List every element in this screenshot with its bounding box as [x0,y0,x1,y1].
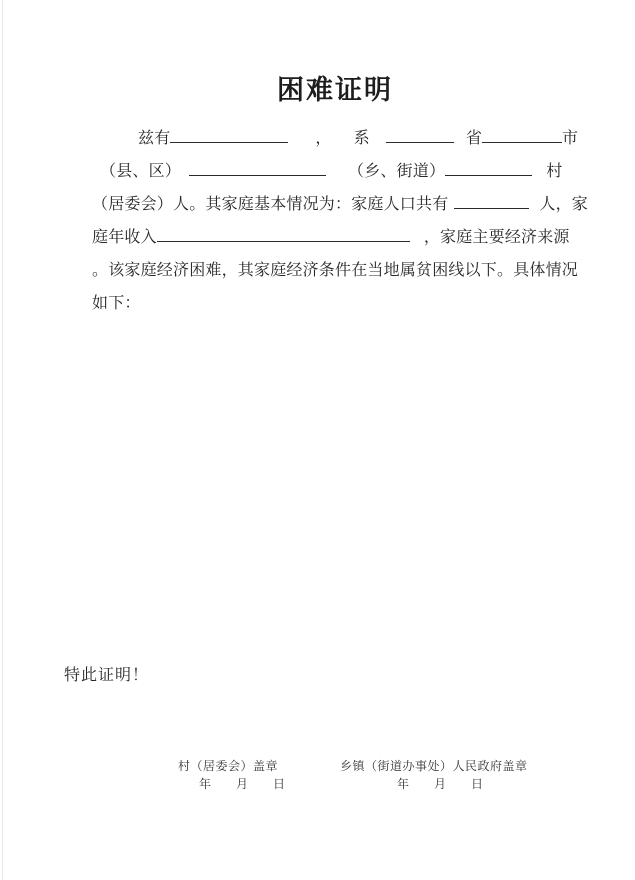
spacer [326,175,348,176]
body-text: ， [315,130,331,147]
body-line: （县、区）（乡、街道）村 [92,155,592,188]
body-line: 如下： [92,287,592,320]
body-text: 。该家庭经济困难，其家庭经济条件在当地属贫困线以下。具体情况 [92,262,578,279]
stamp-right-title: 乡镇（街道办事处）人民政府盖章 [340,757,528,774]
spacer [370,142,386,143]
body-line: 庭年收入，家庭主要经济来源 [92,221,592,254]
blank-field [482,129,562,143]
spacer [532,175,546,176]
blank-field [189,162,326,176]
body-text: 兹有 [138,130,170,147]
body-text: （居委会）人。其家庭基本情况为：家庭人口共有 [92,196,448,213]
blank-field [445,162,532,176]
body-text: 人，家 [539,196,588,213]
document-title: 困难证明 [92,68,578,107]
body-text: 庭年收入 [92,229,157,246]
body-text: ，家庭主要经济来源 [424,229,570,246]
body-line: 兹有，系省市 [92,122,592,155]
document-page: 困难证明 兹有，系省市（县、区）（乡、街道）村（居委会）人。其家庭基本情况为：家… [0,0,635,880]
body-text: 如下： [92,295,141,312]
blank-field [157,228,410,242]
stamp-left-title: 村（居委会）盖章 [178,757,278,774]
body-text: （县、区） [100,163,181,180]
body-text: （乡、街道） [348,163,445,180]
spacer [410,241,424,242]
blank-field [454,195,529,209]
page-edge-line [2,0,3,880]
body-text: 市 [562,130,578,147]
body-line: 。该家庭经济困难，其家庭经济条件在当地属贫困线以下。具体情况 [92,254,592,287]
stamp-right-date: 年 月 日 [397,775,494,792]
blank-field [170,129,288,143]
stamp-left-date: 年 月 日 [199,775,296,792]
blank-field [386,129,454,143]
spacer [454,142,466,143]
body-line: （居委会）人。其家庭基本情况为：家庭人口共有人，家 [92,188,592,221]
spacer [332,142,354,143]
spacer [529,208,539,209]
spacer [181,175,189,176]
body-text: 省 [466,130,482,147]
spacer [288,142,315,143]
document-body: 兹有，系省市（县、区）（乡、街道）村（居委会）人。其家庭基本情况为：家庭人口共有… [92,122,592,320]
closing-statement: 特此证明！ [64,662,149,685]
body-text: 系 [354,130,370,147]
body-text: 村 [546,163,562,180]
